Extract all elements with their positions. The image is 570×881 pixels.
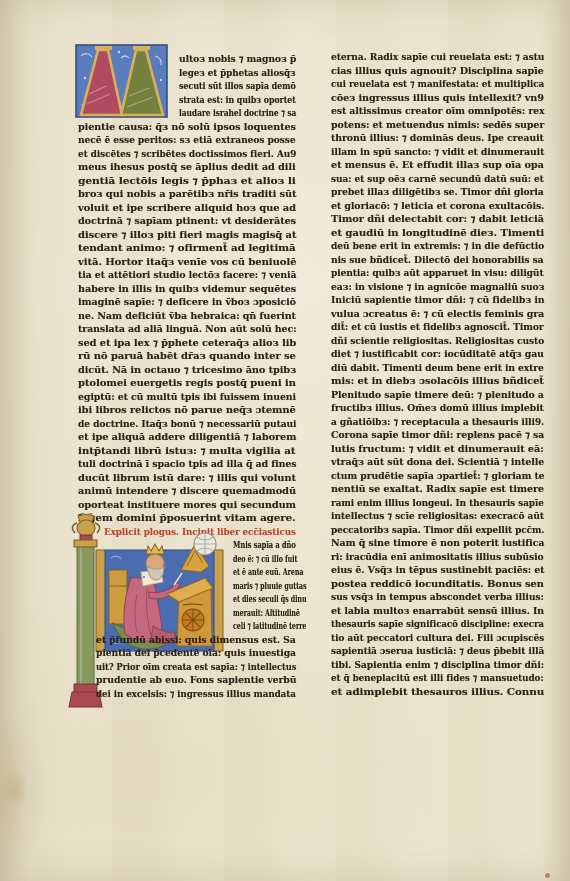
right-text-column: eterna. Radix sapīe cui reuelata est: ⁊ … xyxy=(331,45,545,693)
text-line: Mnis sapīa a dño xyxy=(78,533,297,547)
chapter-opening: Mnis sapīa a dñodeo ē: ⁊ cū illo fuitet … xyxy=(78,533,297,628)
text-line: et p̄fundū abissi: quis dimensus est. Sa xyxy=(78,628,297,642)
text-line: eterna. Radix sapīe cui reuelata est: ⁊ … xyxy=(331,45,545,59)
ink-speck xyxy=(545,873,550,878)
parchment-stain xyxy=(2,770,28,810)
prologue-body: pientie causa: q̄з nō solū ipsos loquent… xyxy=(78,115,297,520)
left-text-column: ultoз nobis ⁊ magnoз p̄legeз et p̄phetas… xyxy=(78,47,297,695)
prologue-opening: ultoз nobis ⁊ magnoз p̄legeз et p̄phetas… xyxy=(78,47,297,115)
text-line: pientie causa: q̄з nō solū ipsos loquent… xyxy=(78,115,297,129)
text-line: ultoз nobis ⁊ magnoз p̄ xyxy=(78,47,297,61)
chapter-body: et p̄fundū abissi: quis dimensus est. Sa… xyxy=(78,628,297,696)
manuscript-page: ultoз nobis ⁊ magnoз p̄legeз et p̄phetas… xyxy=(0,0,570,881)
